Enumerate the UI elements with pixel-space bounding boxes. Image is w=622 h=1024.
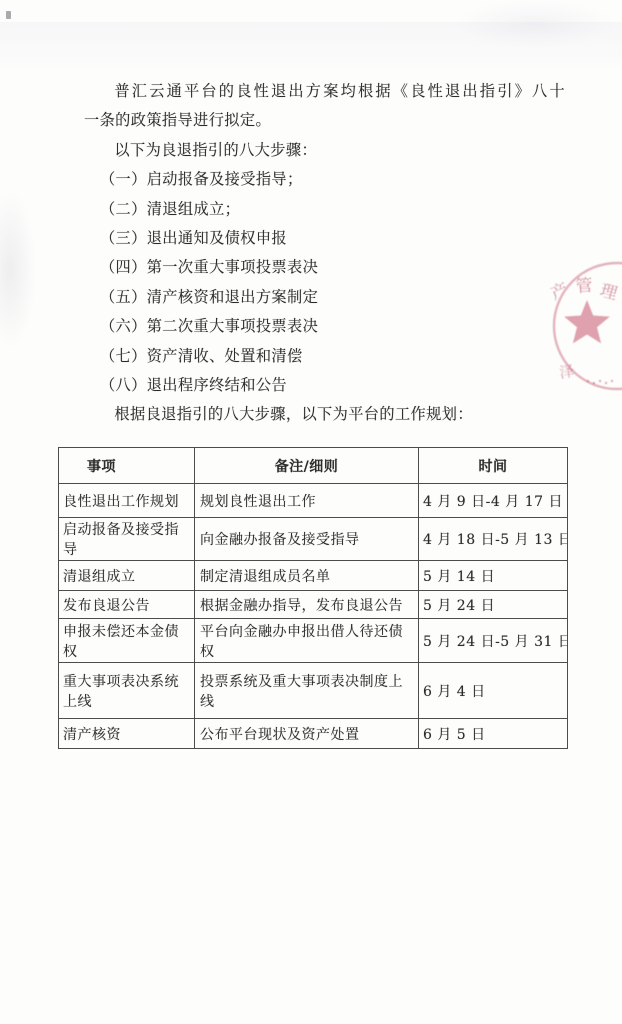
cell-item: 申报未偿还本金债权 <box>59 619 195 663</box>
column-header-item: 事项 <box>59 448 195 484</box>
work-plan-table: 事项 备注/细则 时间 良性退出工作规划 规划良性退出工作 4 月 9 日-4 … <box>58 447 568 749</box>
step-item: （一）启动报备及接受指导； <box>84 165 565 194</box>
cell-time: 4 月 9 日-4 月 17 日 <box>419 484 568 518</box>
scan-artifact-bleedthrough <box>0 192 36 347</box>
star-icon <box>564 300 610 343</box>
seal-arc-char: 产 <box>548 279 572 304</box>
cell-note: 公布平台现状及资产处置 <box>195 719 419 749</box>
steps-intro: 以下为良退指引的八大步骤： <box>84 136 565 165</box>
cell-item: 清退组成立 <box>59 561 195 591</box>
cell-note: 投票系统及重大事项表决制度上线 <box>195 663 419 719</box>
cell-item: 良性退出工作规划 <box>59 484 195 518</box>
step-item: （七）资产清收、处置和清偿 <box>84 342 565 371</box>
document-body: 普汇云通平台的良性退出方案均根据《良性退出指引》八十 一条的政策指导进行拟定。 … <box>84 77 565 430</box>
step-item: （八）退出程序终结和公告 <box>84 371 565 400</box>
table-row: 发布良退公告 根据金融办指导，发布良退公告 5 月 24 日 <box>59 591 568 619</box>
cell-note: 制定清退组成员名单 <box>195 561 419 591</box>
table-row: 重大事项表决系统上线 投票系统及重大事项表决制度上线 6 月 4 日 <box>59 663 568 719</box>
cell-time: 5 月 24 日-5 月 31 日 <box>419 619 568 663</box>
table-row: 良性退出工作规划 规划良性退出工作 4 月 9 日-4 月 17 日 <box>59 484 568 518</box>
step-item: （四）第一次重大事项投票表决 <box>84 253 565 282</box>
paragraph-line: 一条的政策指导进行拟定。 <box>84 106 565 135</box>
seal-lower-char: 泽 <box>558 362 575 382</box>
cell-note: 向金融办报备及接受指导 <box>195 518 419 561</box>
step-item: （六）第二次重大事项投票表决 <box>84 312 565 341</box>
cell-note: 平台向金融办申报出借人待还债权 <box>195 619 419 663</box>
seal-arc-char: 理 <box>598 281 620 305</box>
cell-time: 6 月 5 日 <box>419 719 568 749</box>
cell-item: 启动报备及接受指导 <box>59 518 195 561</box>
cell-note: 根据金融办指导，发布良退公告 <box>195 591 419 619</box>
step-item: （五）清产核资和退出方案制定 <box>84 283 565 312</box>
cell-item: 重大事项表决系统上线 <box>59 663 195 719</box>
table-row: 启动报备及接受指导 向金融办报备及接受指导 4 月 18 日-5 月 13 日 <box>59 518 568 561</box>
table-row: 申报未偿还本金债权 平台向金融办申报出借人待还债权 5 月 24 日-5 月 3… <box>59 619 568 663</box>
scan-artifact-dot <box>6 11 11 19</box>
cell-item: 发布良退公告 <box>59 591 195 619</box>
cell-time: 6 月 4 日 <box>419 663 568 719</box>
cell-time: 4 月 18 日-5 月 13 日 <box>419 518 568 561</box>
column-header-note: 备注/细则 <box>195 448 419 484</box>
scan-artifact-smudge <box>455 0 615 48</box>
scanned-document-page: 普汇云通平台的良性退出方案均根据《良性退出指引》八十 一条的政策指导进行拟定。 … <box>0 0 622 1024</box>
cell-note: 规划良性退出工作 <box>195 484 419 518</box>
table-row: 清产核资 公布平台现状及资产处置 6 月 5 日 <box>59 719 568 749</box>
step-item: （三）退出通知及债权申报 <box>84 224 565 253</box>
cell-time: 5 月 14 日 <box>419 561 568 591</box>
plan-intro: 根据良退指引的八大步骤，以下为平台的工作规划： <box>84 400 565 429</box>
cell-item: 清产核资 <box>59 719 195 749</box>
official-seal-stamp: 产 管 理 泽 <box>542 254 622 402</box>
step-item: （二）清退组成立； <box>84 195 565 224</box>
table-header-row: 事项 备注/细则 时间 <box>59 448 568 484</box>
seal-arc-char: 管 <box>575 276 593 297</box>
scan-artifact-band <box>0 22 622 68</box>
cell-time: 5 月 24 日 <box>419 591 568 619</box>
table-row: 清退组成立 制定清退组成员名单 5 月 14 日 <box>59 561 568 591</box>
paragraph-line: 普汇云通平台的良性退出方案均根据《良性退出指引》八十 <box>84 77 565 106</box>
column-header-time: 时间 <box>419 448 568 484</box>
